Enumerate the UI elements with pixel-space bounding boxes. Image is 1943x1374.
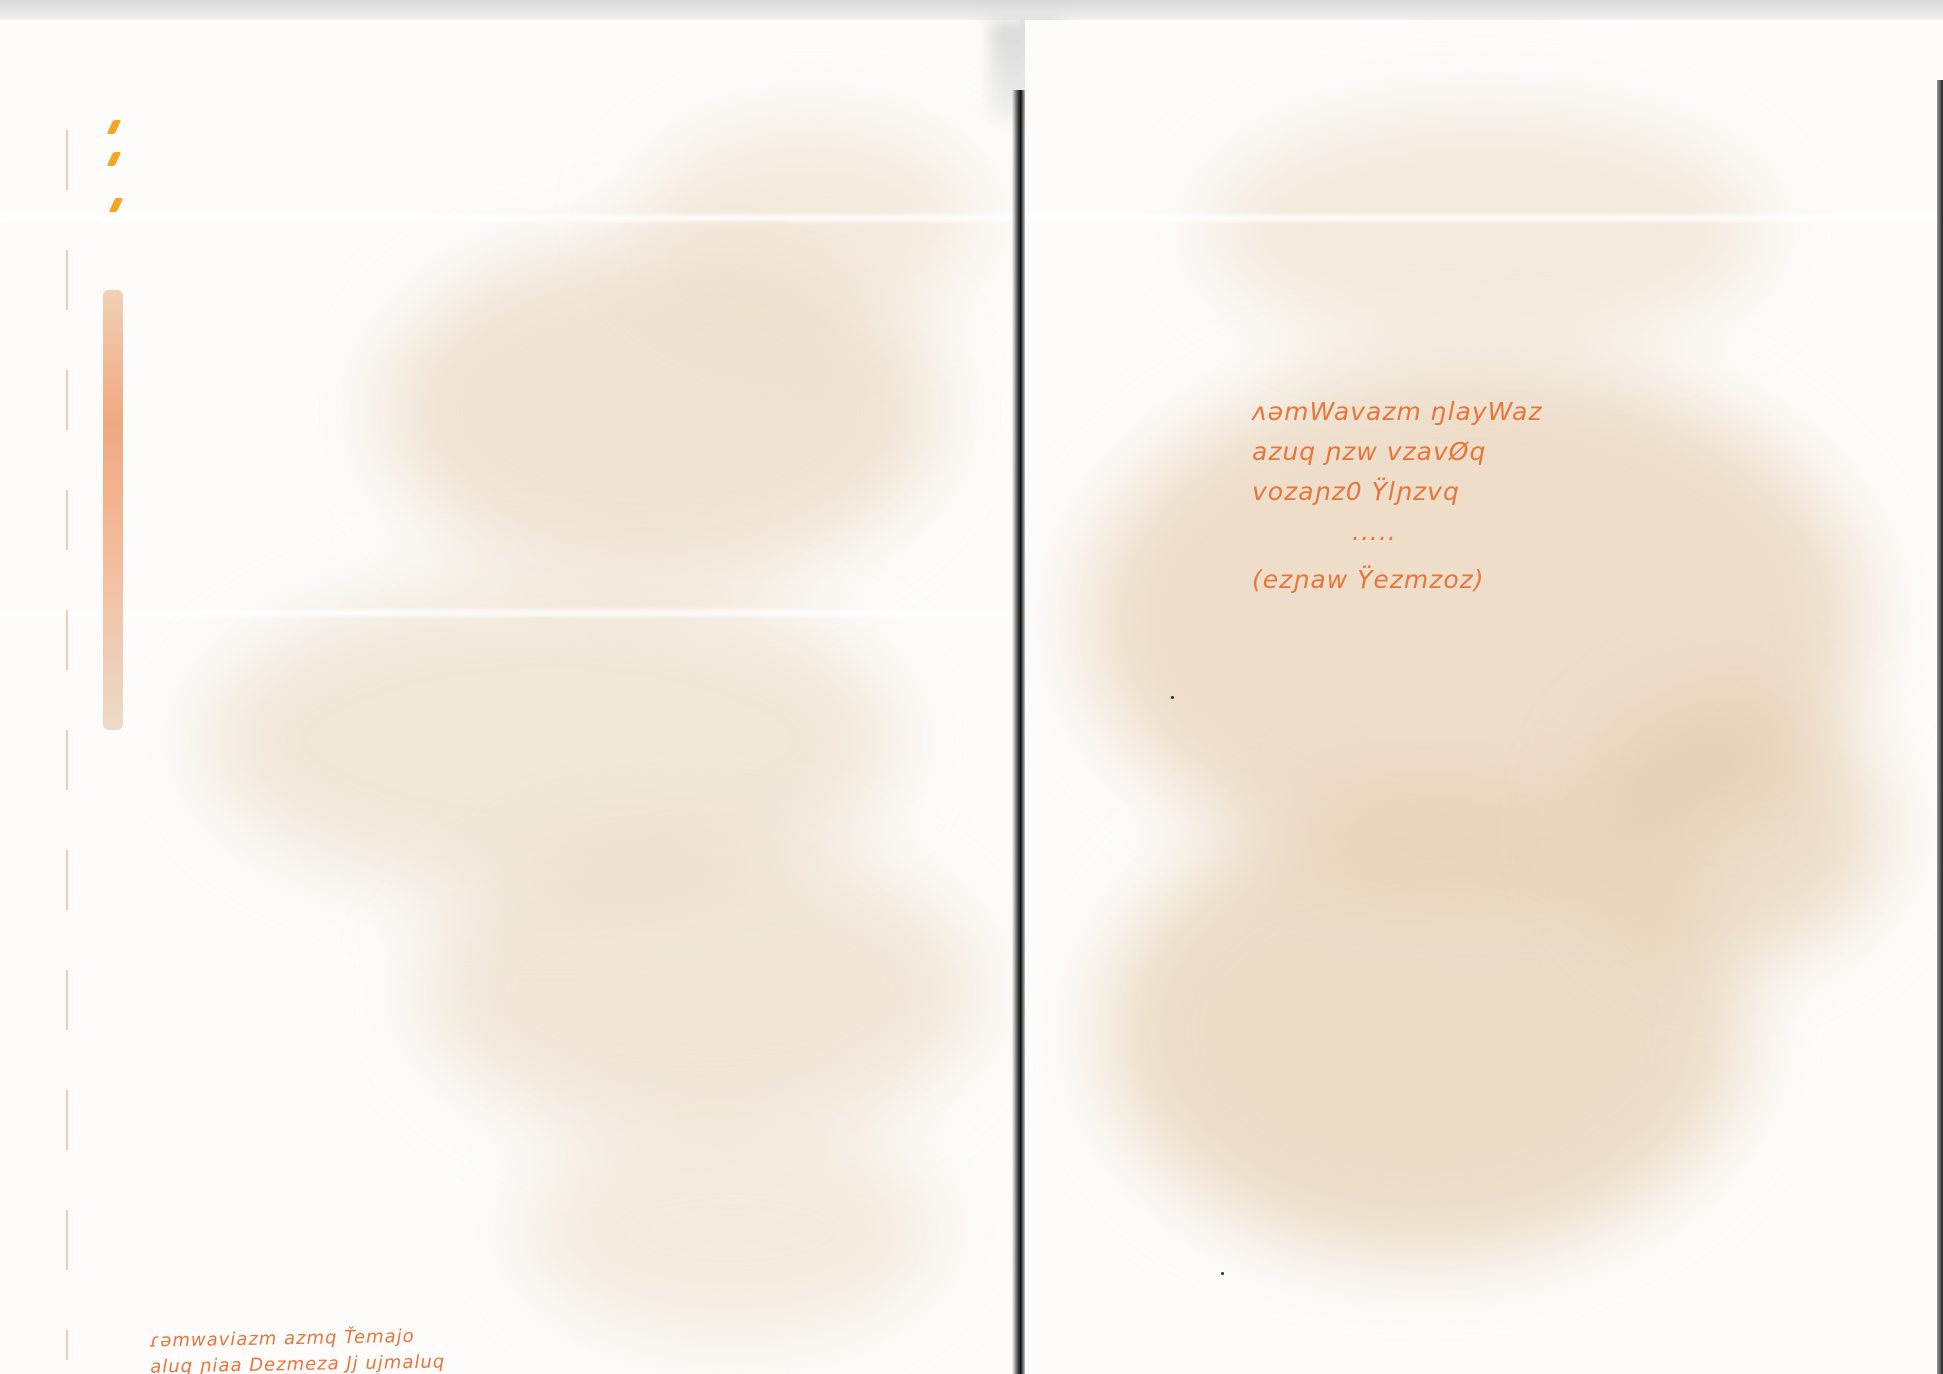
tab-mark — [109, 198, 124, 212]
notebook-spread: ɾəmwaviazm azmq Ťemajo aluq ɲiaa Dezmeza… — [0, 0, 1943, 1374]
torn-tape-strip — [103, 290, 123, 730]
handwritten-poem: ʌəmWavazm ŋlayWaz azuq ɲzw vzavØq vozaɲz… — [1252, 392, 1542, 600]
stain — [1205, 110, 1765, 350]
margin-line — [66, 130, 68, 1360]
poem-signature: (ezɲaw Ϋezmzoz) — [1252, 560, 1542, 600]
stain — [520, 1120, 940, 1340]
fold-line — [1025, 215, 1943, 221]
note-line-2: aluq ɲiaa Dezmeza Jj ujmaluq — [150, 1349, 445, 1374]
fold-line — [0, 610, 1020, 616]
tab-mark — [107, 152, 122, 166]
poem-line-3: vozaɲz0 Ϋlɲzvq — [1252, 472, 1542, 512]
page-edge — [1937, 80, 1943, 1374]
stain — [420, 840, 980, 1140]
poem-line-1: ʌəmWavazm ŋlayWaz — [1252, 392, 1542, 432]
bottom-handwritten-note: ɾəmwaviazm azmq Ťemajo aluq ɲiaa Dezmeza… — [150, 1323, 446, 1374]
speck — [1171, 696, 1174, 699]
poem-line-2: azuq ɲzw vzavØq — [1252, 432, 1542, 472]
poem-ellipsis: ..... — [1252, 512, 1542, 552]
stain — [1585, 700, 1885, 960]
tab-mark — [107, 120, 122, 134]
fold-line — [0, 215, 1020, 221]
left-page: ɾəmwaviazm azmq Ťemajo aluq ɲiaa Dezmeza… — [0, 20, 1020, 1374]
speck — [1221, 1272, 1224, 1275]
right-page — [1025, 20, 1943, 1374]
